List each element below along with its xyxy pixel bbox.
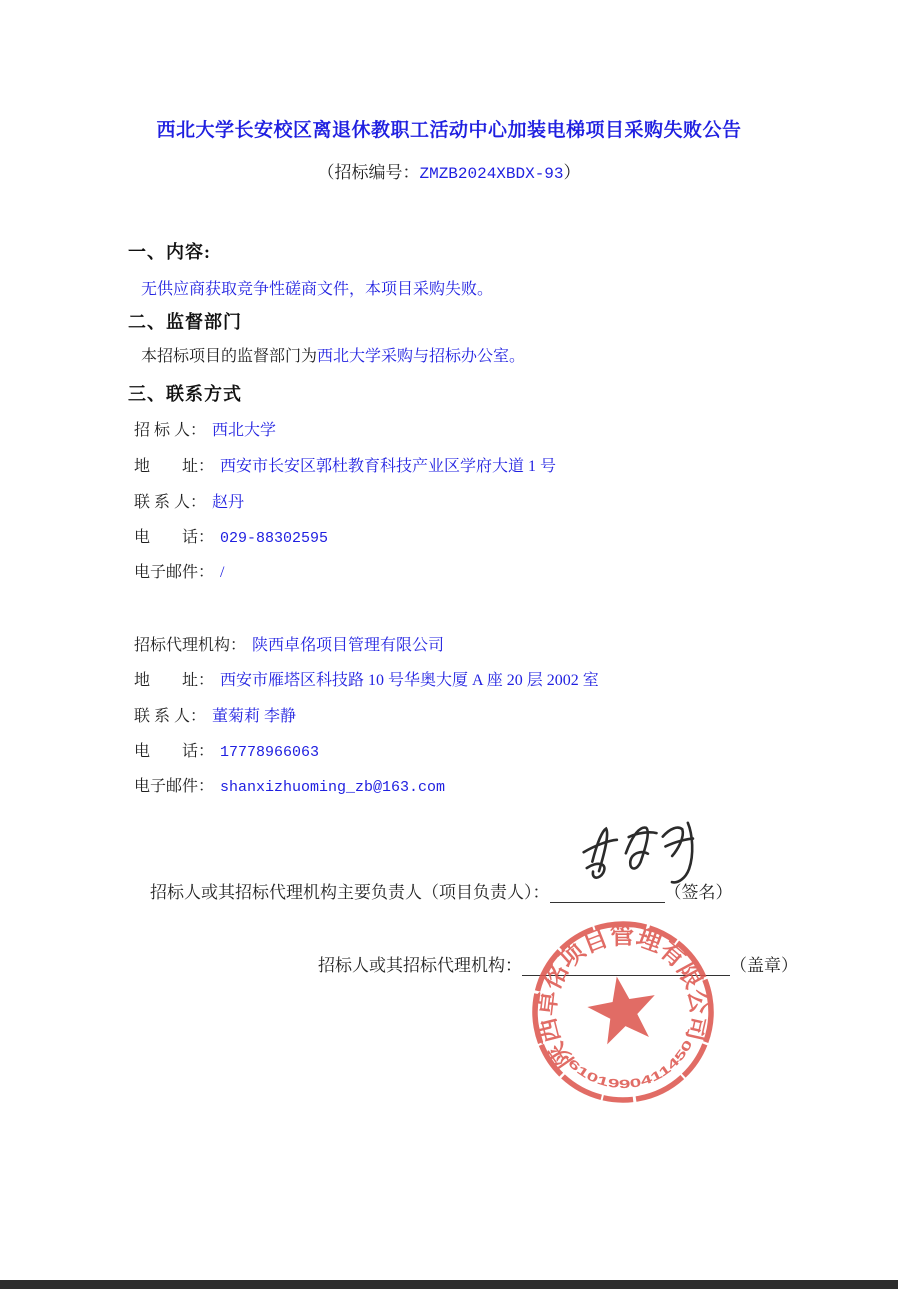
tenderer-contact-person: 赵丹 <box>212 494 244 511</box>
tender-number-prefix: （招标编号： <box>317 163 419 182</box>
tender-number-suffix: ） <box>564 163 581 182</box>
tenderer-address: 西安市长安区郭杜教育科技产业区学府大道 1 号 <box>220 458 556 475</box>
agency-contact-label: 联 系 人： <box>134 708 206 725</box>
tenderer-phone-row: 电 话：029-88302595 <box>134 524 328 547</box>
agency-address-row: 地 址：西安市雁塔区科技路 10 号华奥大厦 A 座 20 层 2002 室 <box>134 667 599 690</box>
agency-contact-person: 董菊莉 李静 <box>212 708 296 725</box>
window-bottom-edge <box>0 1280 898 1289</box>
tenderer-name-label: 招 标 人： <box>134 422 206 439</box>
agency-name: 陕西卓佲项目管理有限公司 <box>252 637 444 654</box>
agency-name-label: 招标代理机构： <box>134 637 246 654</box>
tender-number-line: （招标编号：ZMZB2024XBDX-93） <box>0 158 898 183</box>
agency-email-row: 电子邮件：shanxizhuoming_zb@163.com <box>134 773 445 796</box>
tenderer-phone-label: 电 话： <box>134 529 214 546</box>
tenderer-name: 西北大学 <box>212 422 276 439</box>
section-supervision-heading: 二、监督部门 <box>128 308 242 334</box>
section-content-heading: 一、内容: <box>128 238 211 264</box>
stamp-star <box>583 971 662 1047</box>
agency-phone: 17778966063 <box>220 744 319 761</box>
tenderer-name-row: 招 标 人：西北大学 <box>134 417 276 440</box>
tender-number: ZMZB2024XBDX-93 <box>419 165 563 183</box>
agency-address: 西安市雁塔区科技路 10 号华奥大厦 A 座 20 层 2002 室 <box>220 672 599 689</box>
principal-signature-label: 招标人或其招标代理机构主要负责人（项目负责人）： <box>150 883 550 902</box>
content-body: 无供应商获取竞争性磋商文件，本项目采购失败。 <box>141 276 493 299</box>
company-stamp: 陕西卓佲项目管理有限公司 6101990411450 <box>523 912 723 1112</box>
tenderer-email-row: 电子邮件：/ <box>134 559 224 582</box>
org-seal-label: 招标人或其招标代理机构： <box>318 956 522 975</box>
tenderer-email-label: 电子邮件： <box>134 564 214 581</box>
agency-name-row: 招标代理机构：陕西卓佲项目管理有限公司 <box>134 632 444 655</box>
agency-email: shanxizhuoming_zb@163.com <box>220 779 445 796</box>
agency-phone-label: 电 话： <box>134 743 214 760</box>
tenderer-address-label: 地 址： <box>134 458 214 475</box>
section-contact-heading: 三、联系方式 <box>128 380 242 406</box>
supervision-prefix: 本招标项目的监督部门为 <box>141 348 317 365</box>
tenderer-contact-label: 联 系 人： <box>134 494 206 511</box>
tenderer-phone: 029-88302595 <box>220 530 328 547</box>
agency-phone-row: 电 话：17778966063 <box>134 738 319 761</box>
tenderer-contact-row: 联 系 人：赵丹 <box>134 489 244 512</box>
org-seal-suffix: （盖章） <box>730 956 798 975</box>
document-page: 西北大学长安校区离退休教职工活动中心加装电梯项目采购失败公告 （招标编号：ZMZ… <box>0 0 898 1289</box>
tenderer-email: / <box>220 564 224 581</box>
supervision-body: 本招标项目的监督部门为西北大学采购与招标办公室。 <box>141 343 525 366</box>
agency-address-label: 地 址： <box>134 672 214 689</box>
agency-contact-row: 联 系 人：董菊莉 李静 <box>134 703 296 726</box>
supervision-department: 西北大学采购与招标办公室。 <box>317 348 525 365</box>
tenderer-address-row: 地 址：西安市长安区郭杜教育科技产业区学府大道 1 号 <box>134 453 556 476</box>
handwritten-signature <box>578 818 710 892</box>
agency-email-label: 电子邮件： <box>134 778 214 795</box>
page-title: 西北大学长安校区离退休教职工活动中心加装电梯项目采购失败公告 <box>0 115 898 142</box>
